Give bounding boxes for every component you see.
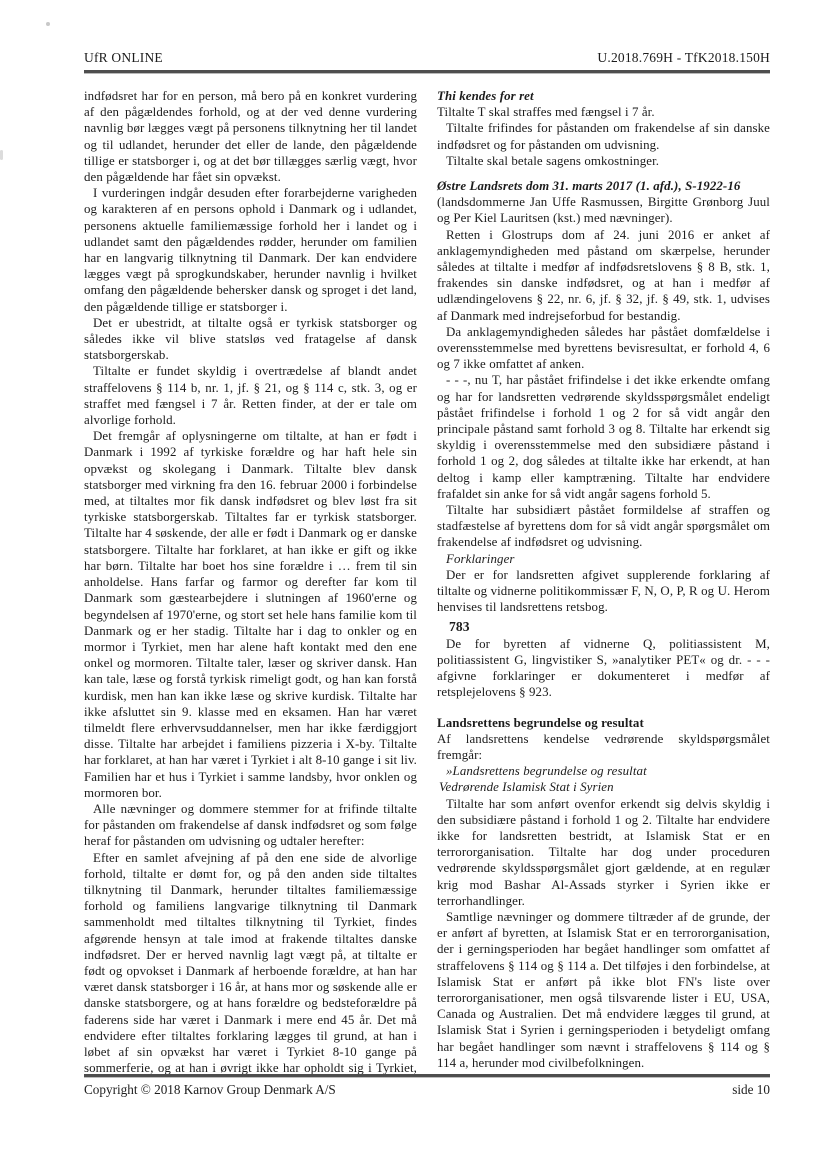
document-page: UfR ONLINE U.2018.769H - TfK2018.150H in… xyxy=(0,0,828,1169)
paragraph: Tiltalte T skal straffes med fængsel i 7… xyxy=(437,104,770,120)
header-rule xyxy=(84,70,770,73)
scan-artifact-dot xyxy=(46,22,50,26)
paragraph: indfødsret har for en person, må bero på… xyxy=(84,88,417,185)
paragraph: Tiltalte frifindes for påstanden om frak… xyxy=(437,120,770,152)
paragraph: Tiltalte skal betale sagens omkostninger… xyxy=(437,153,770,169)
paragraph: Retten i Glostrups dom af 24. juni 2016 … xyxy=(437,227,770,324)
footer-page-number: side 10 xyxy=(732,1082,770,1098)
paragraph: Af landsrettens kendelse vedrørende skyl… xyxy=(437,731,770,763)
section-heading: Landsrettens begrundelse og resultat xyxy=(437,715,770,731)
footer-rule xyxy=(84,1074,770,1077)
scan-artifact-dot xyxy=(0,150,3,160)
paragraph: Tiltalte har som anført ovenfor erkendt … xyxy=(437,796,770,909)
left-column: indfødsret har for en person, må bero på… xyxy=(84,88,417,1074)
header-publication-title: UfR ONLINE xyxy=(84,50,163,66)
section-heading: Forklaringer xyxy=(437,551,770,567)
footer-copyright: Copyright © 2018 Karnov Group Denmark A/… xyxy=(84,1082,336,1098)
paragraph: (landsdommerne Jan Uffe Rasmussen, Birgi… xyxy=(437,194,770,226)
paragraph: Det er ubestridt, at tiltalte også er ty… xyxy=(84,315,417,364)
paragraph: Tiltalte har subsidiært påstået formilde… xyxy=(437,502,770,551)
header-case-reference: U.2018.769H - TfK2018.150H xyxy=(597,50,770,66)
page-header: UfR ONLINE U.2018.769H - TfK2018.150H xyxy=(84,50,770,73)
section-heading: Thi kendes for ret xyxy=(437,88,770,104)
document-body: indfødsret har for en person, må bero på… xyxy=(84,88,770,1074)
page-footer: Copyright © 2018 Karnov Group Denmark A/… xyxy=(84,1074,770,1098)
section-heading: Østre Landsrets dom 31. marts 2017 (1. a… xyxy=(437,178,770,194)
paragraph: Da anklagemyndigheden således har påståe… xyxy=(437,324,770,373)
paragraph: Der er for landsretten afgivet suppleren… xyxy=(437,567,770,616)
paragraph: I vurderingen indgår desuden efter forar… xyxy=(84,185,417,315)
paragraph: Alle nævninger og dommere stemmer for at… xyxy=(84,801,417,850)
paragraph: De for byretten af vidnerne Q, politiass… xyxy=(437,636,770,701)
paragraph: Samtlige nævninger og dommere tiltræder … xyxy=(437,909,770,1071)
paragraph: Tiltalte er fundet skyldig i overtrædels… xyxy=(84,363,417,428)
paragraph: - - -, nu T, har påstået frifindelse i d… xyxy=(437,372,770,502)
italic-line: »Landsrettens begrundelse og resultat xyxy=(437,763,770,779)
right-column: Thi kendes for retTiltalte T skal straff… xyxy=(437,88,770,1074)
page-number-marker: 783 xyxy=(437,619,770,635)
paragraph: Det fremgår af oplysningerne om tiltalte… xyxy=(84,428,417,801)
italic-line: Vedrørende Islamisk Stat i Syrien xyxy=(437,779,770,795)
paragraph: Efter en samlet afvejning af på den ene … xyxy=(84,850,417,1074)
